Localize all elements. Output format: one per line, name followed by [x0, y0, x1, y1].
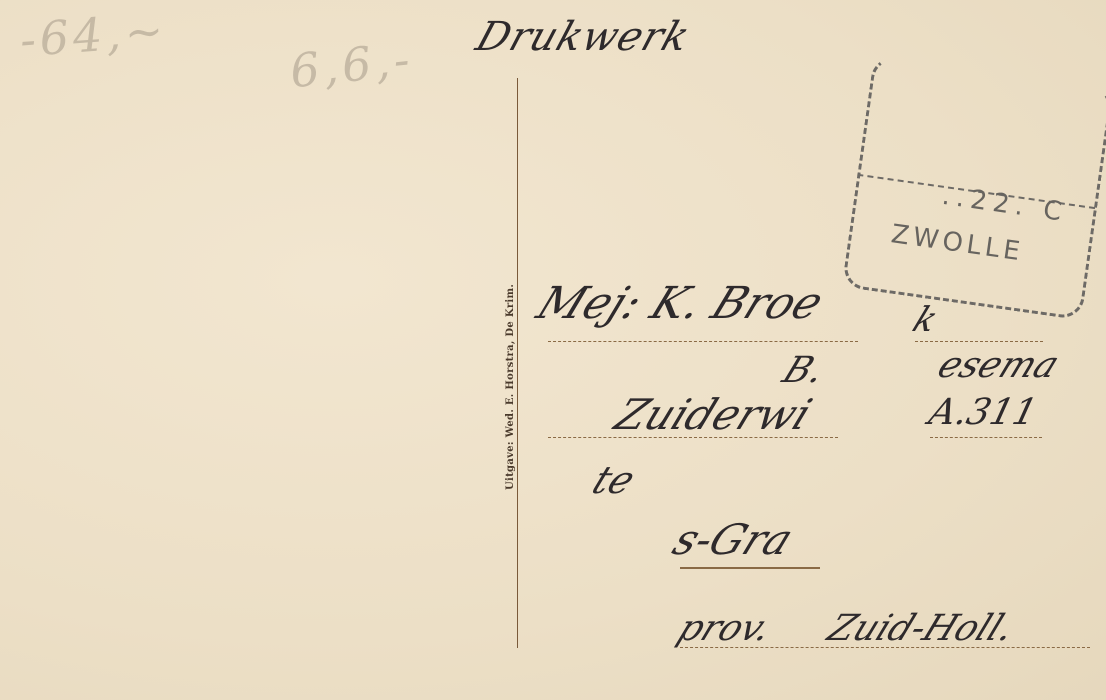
pencil-note-code: 6,6,- — [288, 32, 416, 99]
recipient-line2-left: B. — [777, 350, 831, 391]
address-rule-3b — [930, 437, 1042, 438]
recipient-te: te — [586, 458, 642, 502]
address-rule-1b — [915, 341, 1043, 342]
recipient-name: Mej: K. Broe — [530, 278, 831, 329]
header-drukwerk: Drukwerk — [471, 14, 696, 60]
postmark-stamp: ..22. C ZWOLLE — [832, 54, 1106, 331]
recipient-line2-right: esema — [932, 345, 1065, 386]
pencil-note-price: -64,~ — [18, 3, 169, 67]
recipient-city: s-Gra — [666, 515, 800, 564]
recipient-province-label: prov. — [672, 608, 778, 649]
recipient-province: Zuid-Holl. — [822, 608, 1021, 649]
recipient-house-number: A.311 — [925, 392, 1041, 433]
postcard-back: -64,~ 6,6,- Drukwerk Uitgave: Wed. E. Ho… — [0, 0, 1106, 700]
recipient-street: Zuiderwi — [608, 390, 819, 439]
address-rule-1 — [548, 341, 858, 342]
publisher-imprint: Uitgave: Wed. E. Horstra, De Krim. — [505, 284, 516, 490]
address-rule-5 — [680, 567, 820, 569]
center-divider — [517, 78, 518, 648]
